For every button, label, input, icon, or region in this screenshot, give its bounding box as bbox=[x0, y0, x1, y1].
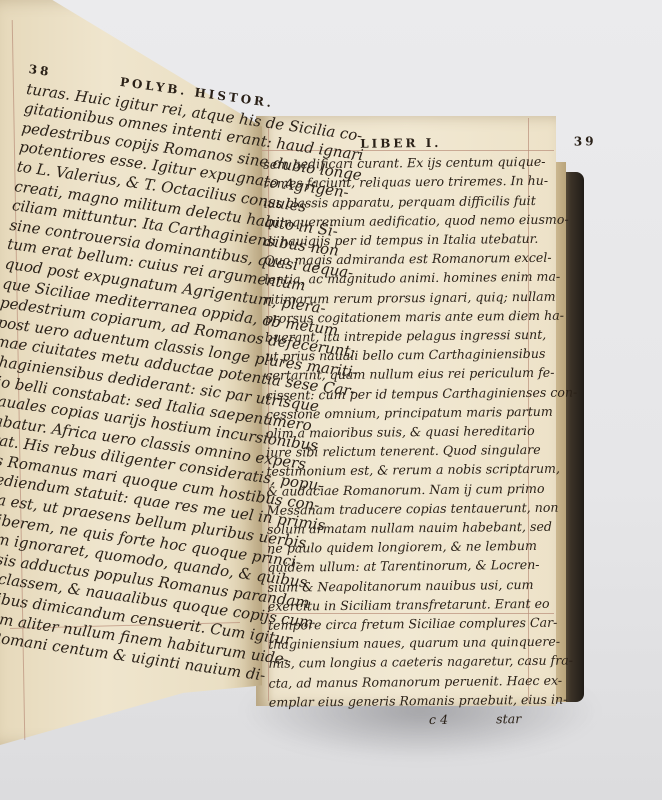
text-line: emplar eius generis Romanis praebuit, ei… bbox=[269, 689, 603, 712]
book-photo: LIBER I. 39 sem aedificari curant. Ex ij… bbox=[0, 0, 662, 800]
page-number-right: 39 bbox=[574, 134, 597, 148]
page-number-left: 38 bbox=[28, 62, 52, 79]
catchword: star bbox=[496, 711, 521, 726]
signature-mark: c 4 bbox=[429, 712, 448, 727]
